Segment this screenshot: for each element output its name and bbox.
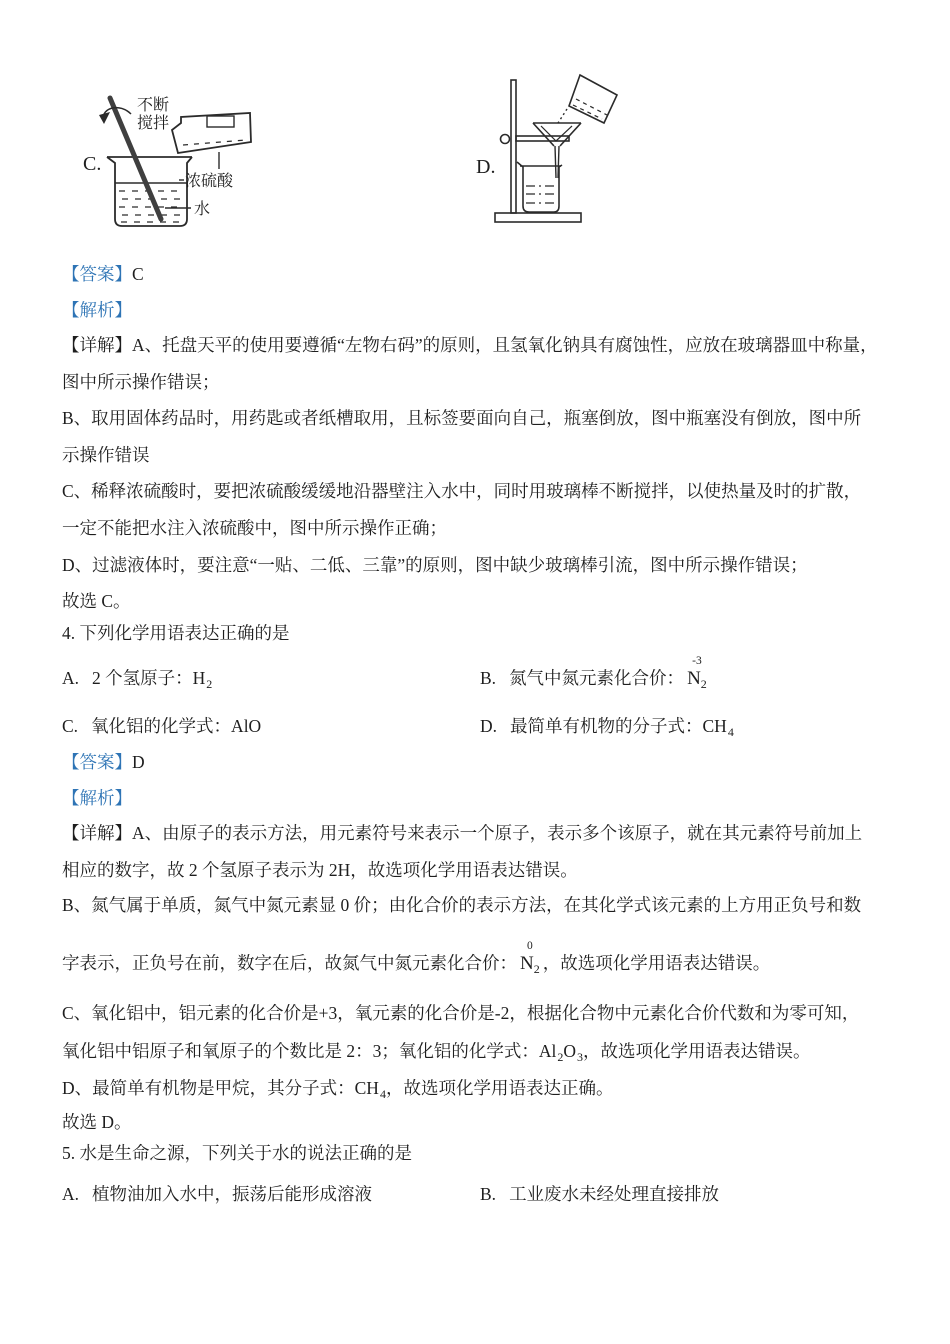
q3-detail-line-2: 图中所示操作错误； [62, 370, 220, 394]
funnel [533, 123, 581, 178]
q4-answer-line: 【答案】D [62, 750, 145, 774]
q3-detail-line-5: C、稀释浓硫酸时，要把浓硫酸缓缓地沿器壁注入水中，同时用玻璃棒不断搅拌，以使热量… [62, 479, 861, 503]
q4-detail-line-1: 【详解】A、由原子的表示方法，用元素符号来表示一个原子，表示多个该原子，就在其元… [62, 821, 862, 845]
q3-detail-line-6: 一定不能把水注入浓硫酸中，图中所示操作正确； [62, 516, 447, 540]
analysis-tag: 【解析】 [62, 300, 132, 320]
answer-tag: 【答案】 [62, 264, 132, 284]
q4-detail-line-6: 氧化铝中铝原子和氧原子的个数比是 2：3；氧化铝的化学式：Al2O3，故选项化学… [62, 1039, 811, 1069]
answer-value: C [132, 264, 144, 284]
detail-line-4-post: ，故选项化学用语表达错误。 [543, 953, 771, 973]
acid-container [165, 113, 251, 208]
valence-formula-n2-zero: 0N2 [520, 954, 540, 975]
exam-page: C. 不断 搅拌 浓硫酸 水 D. [0, 0, 950, 1344]
detail-line-6-pre: 氧化铝中铝原子和氧原子的个数比是 2：3；氧化铝的化学式：Al [62, 1041, 556, 1061]
q4-title: 4. 下列化学用语表达正确的是 [62, 621, 290, 645]
valence-over: -3 [687, 656, 707, 668]
valence-base: N [687, 668, 701, 689]
iron-stand [495, 80, 581, 222]
option-b-label: B. [480, 1182, 496, 1206]
answer-value: D [132, 752, 145, 772]
option-d-subscript: 4 [728, 725, 734, 739]
q4-option-a: A.2 个氢原子：H2 [62, 666, 212, 696]
q5-title: 5. 水是生命之源，下列关于水的说法正确的是 [62, 1141, 412, 1165]
q4-detail-line-7: D、最简单有机物是甲烷，其分子式：CH4，故选项化学用语表达正确。 [62, 1076, 613, 1106]
stir-arrowhead [99, 112, 110, 124]
option-a-text: 2 个氢原子：H [92, 668, 205, 688]
q5-option-a: A.植物油加入水中，振荡后能形成溶液 [62, 1182, 372, 1206]
valence-base: N [520, 953, 534, 974]
q4-analysis-line: 【解析】 [62, 786, 132, 810]
filtration-diagram [468, 66, 628, 226]
answer-tag: 【答案】 [62, 752, 132, 772]
detail-line-7-pre: D、最简单有机物是甲烷，其分子式：CH [62, 1078, 379, 1098]
option-a-label: A. [62, 666, 79, 690]
pouring-beaker [558, 75, 617, 123]
acid-label: 浓硫酸 [185, 172, 234, 190]
option-b-label: B. [480, 666, 496, 690]
option-c-text: 氧化铝的化学式：AlO [91, 716, 261, 736]
pour-stream [558, 109, 567, 123]
option-c-label: C. [62, 714, 78, 738]
q3-detail-line-1: 【详解】A、托盘天平的使用要遵循“左物右码”的原则，且氢氧化钠具有腐蚀性，应放在… [62, 333, 878, 357]
q4-detail-line-2: 相应的数字，故 2 个氢原子表示为 2H，故选项化学用语表达错误。 [62, 858, 578, 882]
q4-option-c: C.氧化铝的化学式：AlO [62, 714, 261, 738]
option-d-text: 最简单有机物的分子式：CH [510, 716, 727, 736]
q4-option-d: D.最简单有机物的分子式：CH4 [480, 714, 734, 744]
q5-option-b: B.工业废水未经处理直接排放 [480, 1182, 719, 1206]
q4-detail-line-3: B、氮气属于单质，氮气中氮元素显 0 价；由化合价的表示方法，在其化学式该元素的… [62, 893, 861, 917]
option-a-text: 植物油加入水中，振荡后能形成溶液 [92, 1184, 372, 1204]
q3-detail-line-7: D、过滤液体时，要注意“一贴、二低、三靠”的原则，图中缺少玻璃棒引流，图中所示操… [62, 553, 808, 577]
q3-detail-line-3: B、取用固体药品时，用药匙或者纸槽取用，且标签要面向自己，瓶塞倒放，图中瓶塞没有… [62, 406, 861, 430]
q3-analysis-line: 【解析】 [62, 298, 132, 322]
analysis-tag: 【解析】 [62, 788, 132, 808]
q3-conclusion: 故选 C。 [62, 589, 131, 613]
q4-detail-line-5: C、氧化铝中，铝元素的化合价是+3，氧元素的化合价是-2，根据化合物中元素化合价… [62, 1001, 859, 1025]
q3-detail-line-4: 示操作错误 [62, 443, 150, 467]
q4-conclusion: 故选 D。 [62, 1110, 132, 1134]
q4-option-b: B.氮气中氮元素化合价：-3N2 [480, 666, 710, 690]
valence-formula-n2-minus3: -3N2 [687, 669, 707, 690]
option-b-text: 工业废水未经处理直接排放 [509, 1184, 719, 1204]
valence-sub: 2 [534, 962, 540, 976]
q4-detail-line-4: 字表示，正负号在前，数字在后，故氮气中氮元素化合价：0N2，故选项化学用语表达错… [62, 951, 770, 975]
valence-sub: 2 [701, 677, 707, 691]
stir-label-line1: 不断 [137, 96, 169, 114]
detail-line-6-post: ，故选项化学用语表达错误。 [583, 1041, 811, 1061]
detail-line-6-mid: O [563, 1041, 576, 1061]
water-label: 水 [194, 200, 210, 218]
detail-line-7-post: ，故选项化学用语表达正确。 [386, 1078, 614, 1098]
option-b-text: 氮气中氮元素化合价： [509, 668, 684, 688]
option-d-label: D. [480, 714, 497, 738]
q3-answer-line: 【答案】C [62, 262, 144, 286]
option-a-label: A. [62, 1182, 79, 1206]
detail-line-4-pre: 字表示，正负号在前，数字在后，故氮气中氮元素化合价： [62, 953, 517, 973]
dilution-diagram: 不断 搅拌 浓硫酸 水 [95, 72, 285, 232]
stir-label-line2: 搅拌 [137, 114, 169, 132]
valence-over: 0 [520, 941, 540, 953]
option-a-subscript: 2 [206, 677, 212, 691]
